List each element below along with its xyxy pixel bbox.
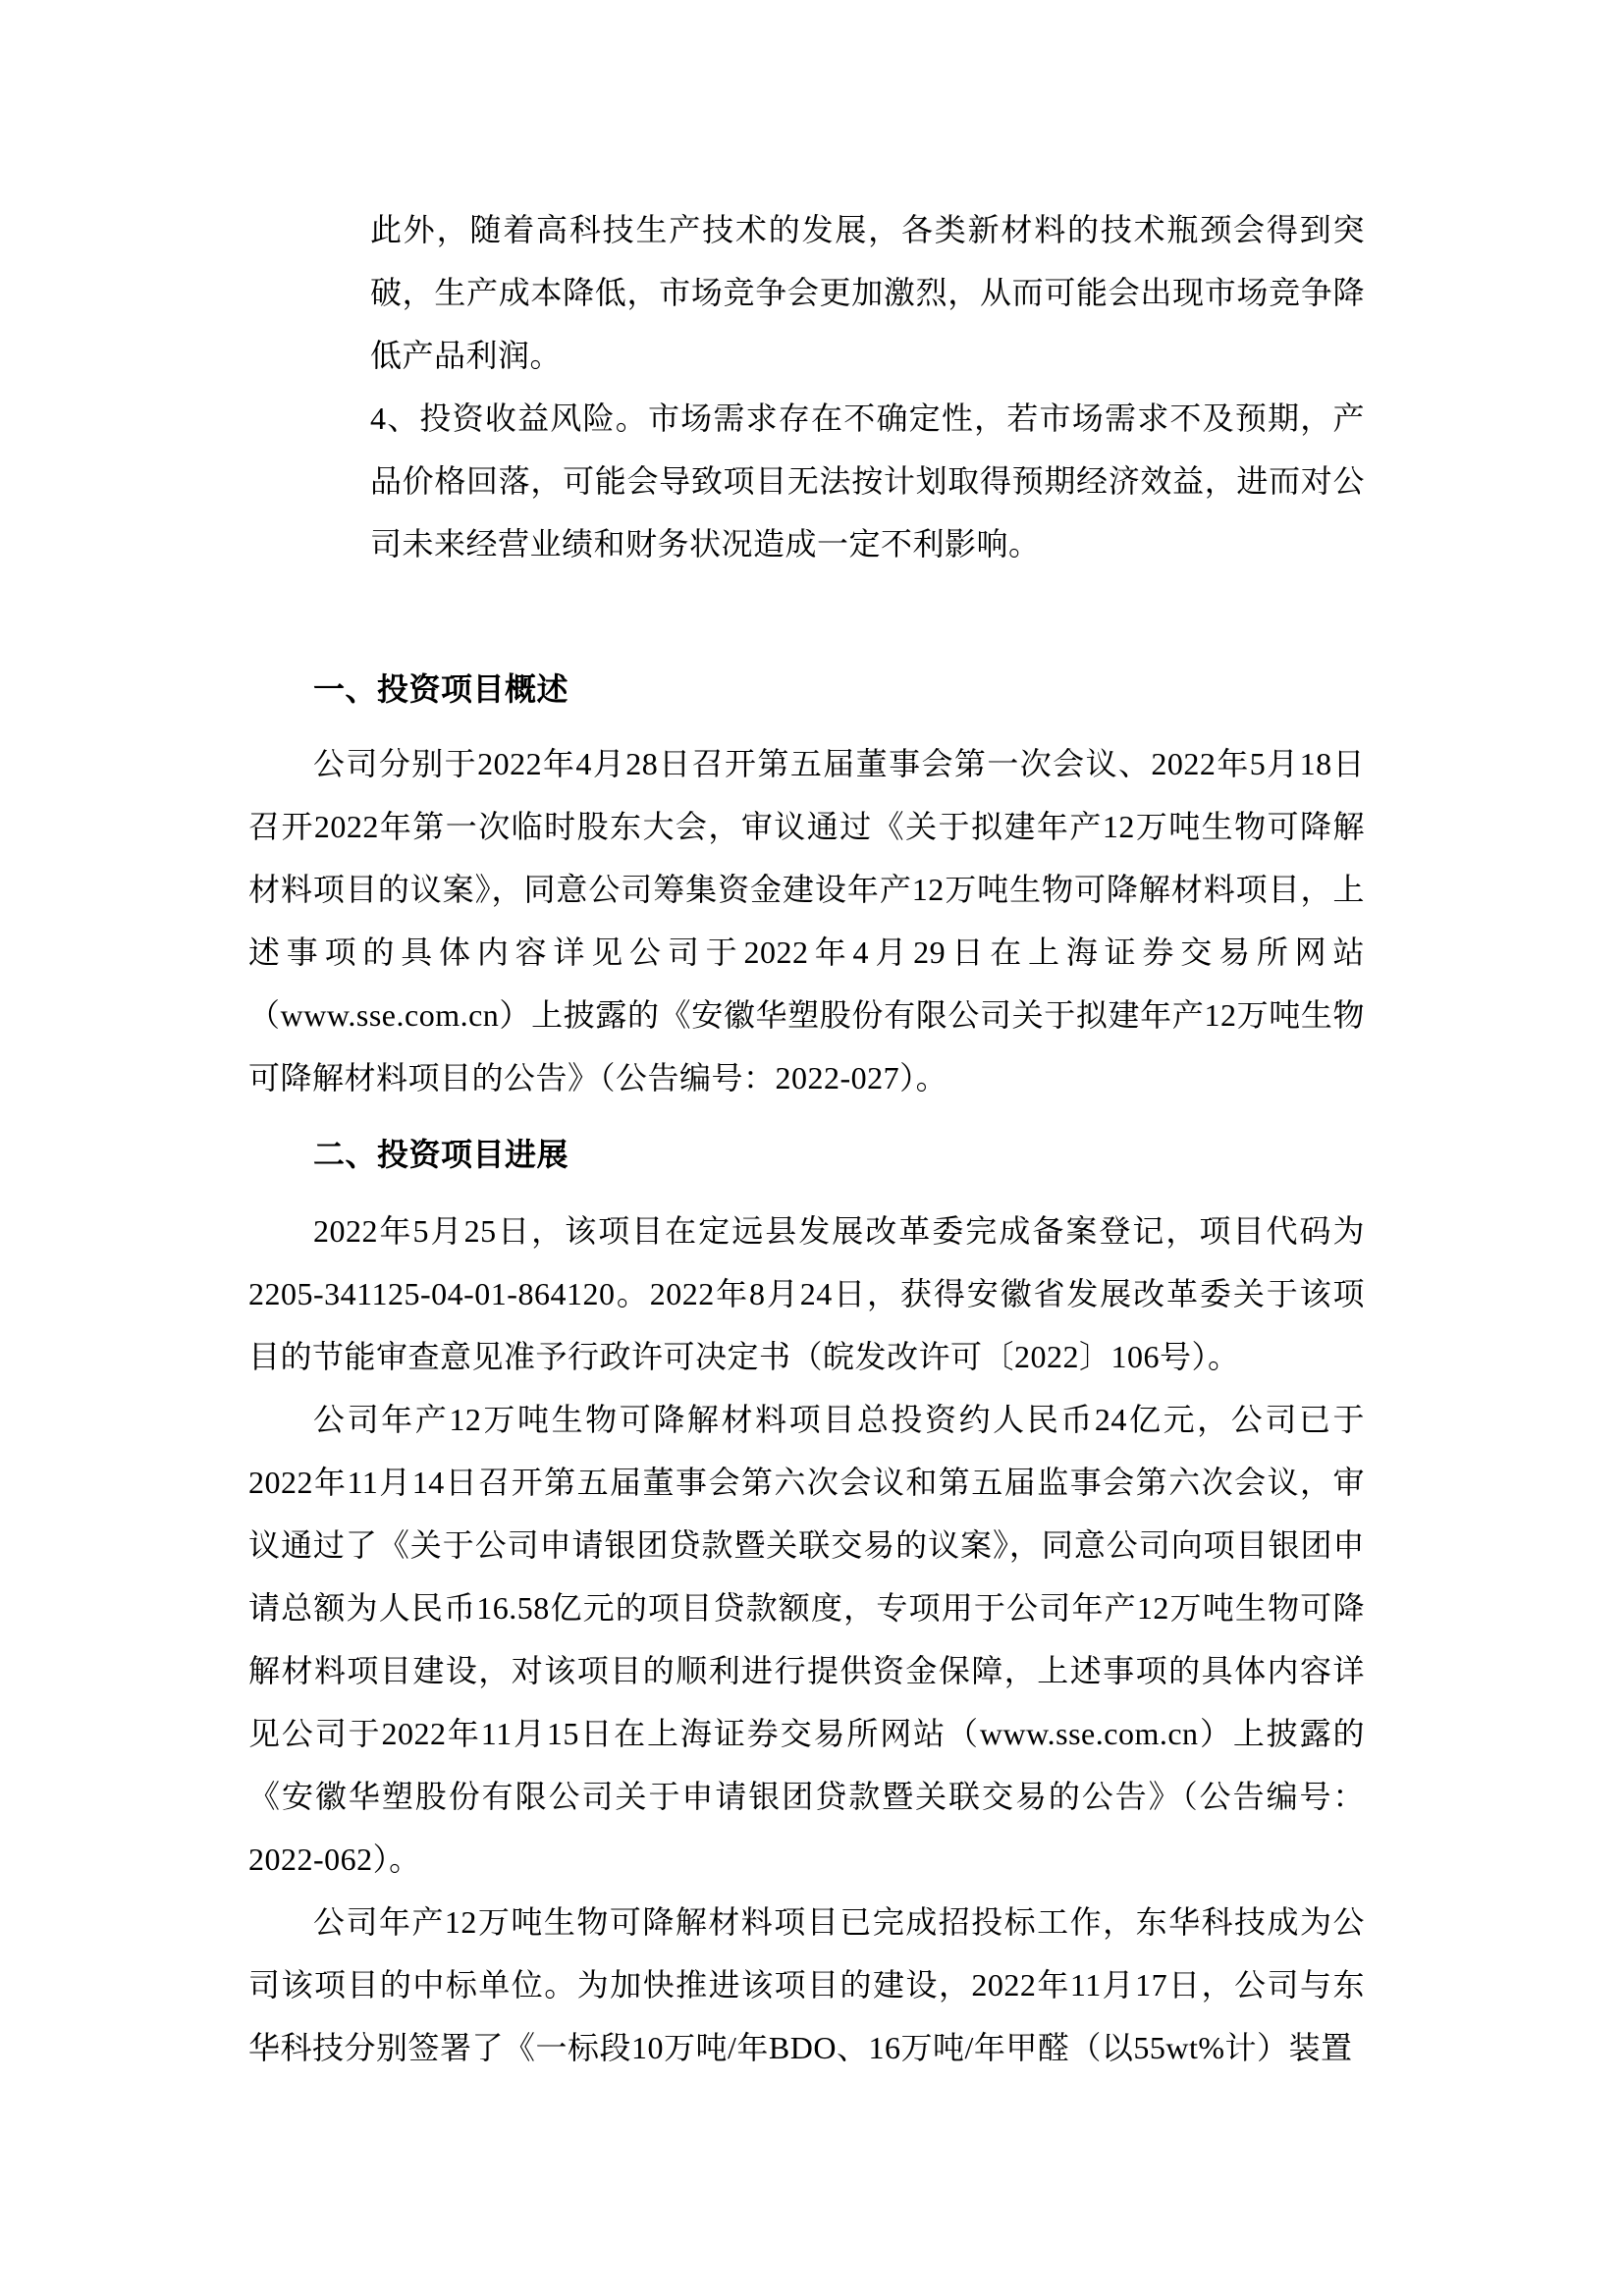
- risk-paragraph-investment-return: 4、投资收益风险。市场需求存在不确定性，若市场需求不及预期，产品价格回落，可能会…: [370, 387, 1365, 575]
- section-heading-project-progress: 二、投资项目进展: [248, 1123, 1365, 1186]
- section-heading-project-overview: 一、投资项目概述: [248, 658, 1365, 721]
- document-content: 此外，随着高科技生产技术的发展，各类新材料的技术瓶颈会得到突破，生产成本降低，市…: [248, 198, 1365, 2079]
- risk-paragraph-market-competition: 此外，随着高科技生产技术的发展，各类新材料的技术瓶颈会得到突破，生产成本降低，市…: [370, 198, 1365, 387]
- project-progress-paragraph-loan: 公司年产12万吨生物可降解材料项目总投资约人民币24亿元，公司已于2022年11…: [248, 1388, 1365, 1891]
- project-progress-paragraph-filing: 2022年5月25日，该项目在定远县发展改革委完成备案登记，项目代码为2205-…: [248, 1200, 1365, 1388]
- project-progress-paragraph-bidding: 公司年产12万吨生物可降解材料项目已完成招投标工作，东华科技成为公司该项目的中标…: [248, 1891, 1365, 2079]
- project-overview-paragraph: 公司分别于2022年4月28日召开第五届董事会第一次会议、2022年5月18日召…: [248, 732, 1365, 1109]
